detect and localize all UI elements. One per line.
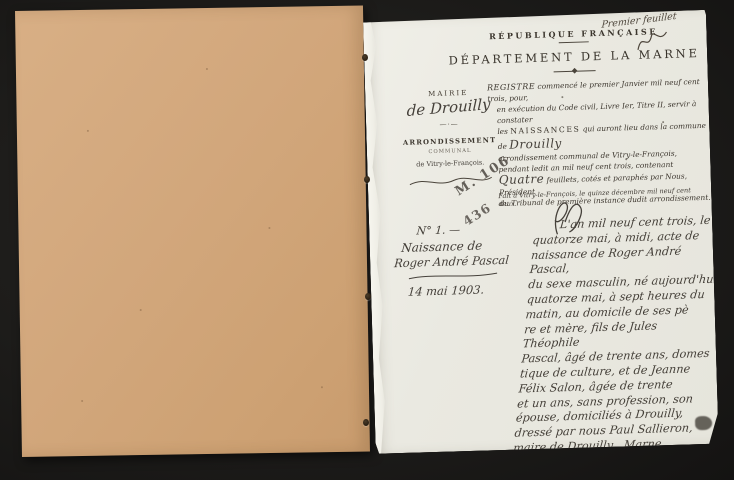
underline-flourish-icon xyxy=(407,270,500,282)
register-page: Premier feuillet RÉPUBLIQUE FRANÇAISE DÉ… xyxy=(363,10,719,454)
act-margin-notes: N° 1. — Naissance de Roger André Pascal … xyxy=(391,222,517,300)
paper-speck xyxy=(87,130,89,132)
departement-title: DÉPARTEMENT DE LA MARNE xyxy=(424,45,724,68)
act-number: N° 1. — xyxy=(416,222,517,238)
header-rule xyxy=(559,41,589,43)
binding-hole xyxy=(362,54,368,61)
paper-speck xyxy=(268,227,270,229)
act-body-text: L'an mil neuf cent trois, le quatorze ma… xyxy=(511,213,726,471)
page-header: RÉPUBLIQUE FRANÇAISE DÉPARTEMENT DE LA M… xyxy=(423,24,724,78)
republique-title: RÉPUBLIQUE FRANÇAISE xyxy=(423,24,723,43)
act-margin-name: Roger André Pascal xyxy=(394,253,515,271)
ink-speck xyxy=(561,96,563,98)
ink-speck xyxy=(625,158,627,160)
left-cover-page xyxy=(15,6,370,457)
handwritten-commune-inline: Drouilly xyxy=(509,136,562,152)
paper-speck xyxy=(140,309,142,311)
act-body-line: sur la présentation de l'enfant xyxy=(511,451,704,472)
header-ornament xyxy=(554,68,596,74)
binding-hole xyxy=(365,293,371,300)
handwritten-feuillets-count: Quatre xyxy=(499,172,545,187)
binding-hole xyxy=(363,419,369,426)
ink-blot xyxy=(695,416,712,430)
paper-speck xyxy=(206,68,208,70)
act-margin-date: 14 mai 1903. xyxy=(407,282,512,299)
binding-hole xyxy=(364,176,370,183)
ink-speck xyxy=(662,121,664,123)
paper-speck xyxy=(321,386,323,388)
paper-speck xyxy=(81,400,83,402)
